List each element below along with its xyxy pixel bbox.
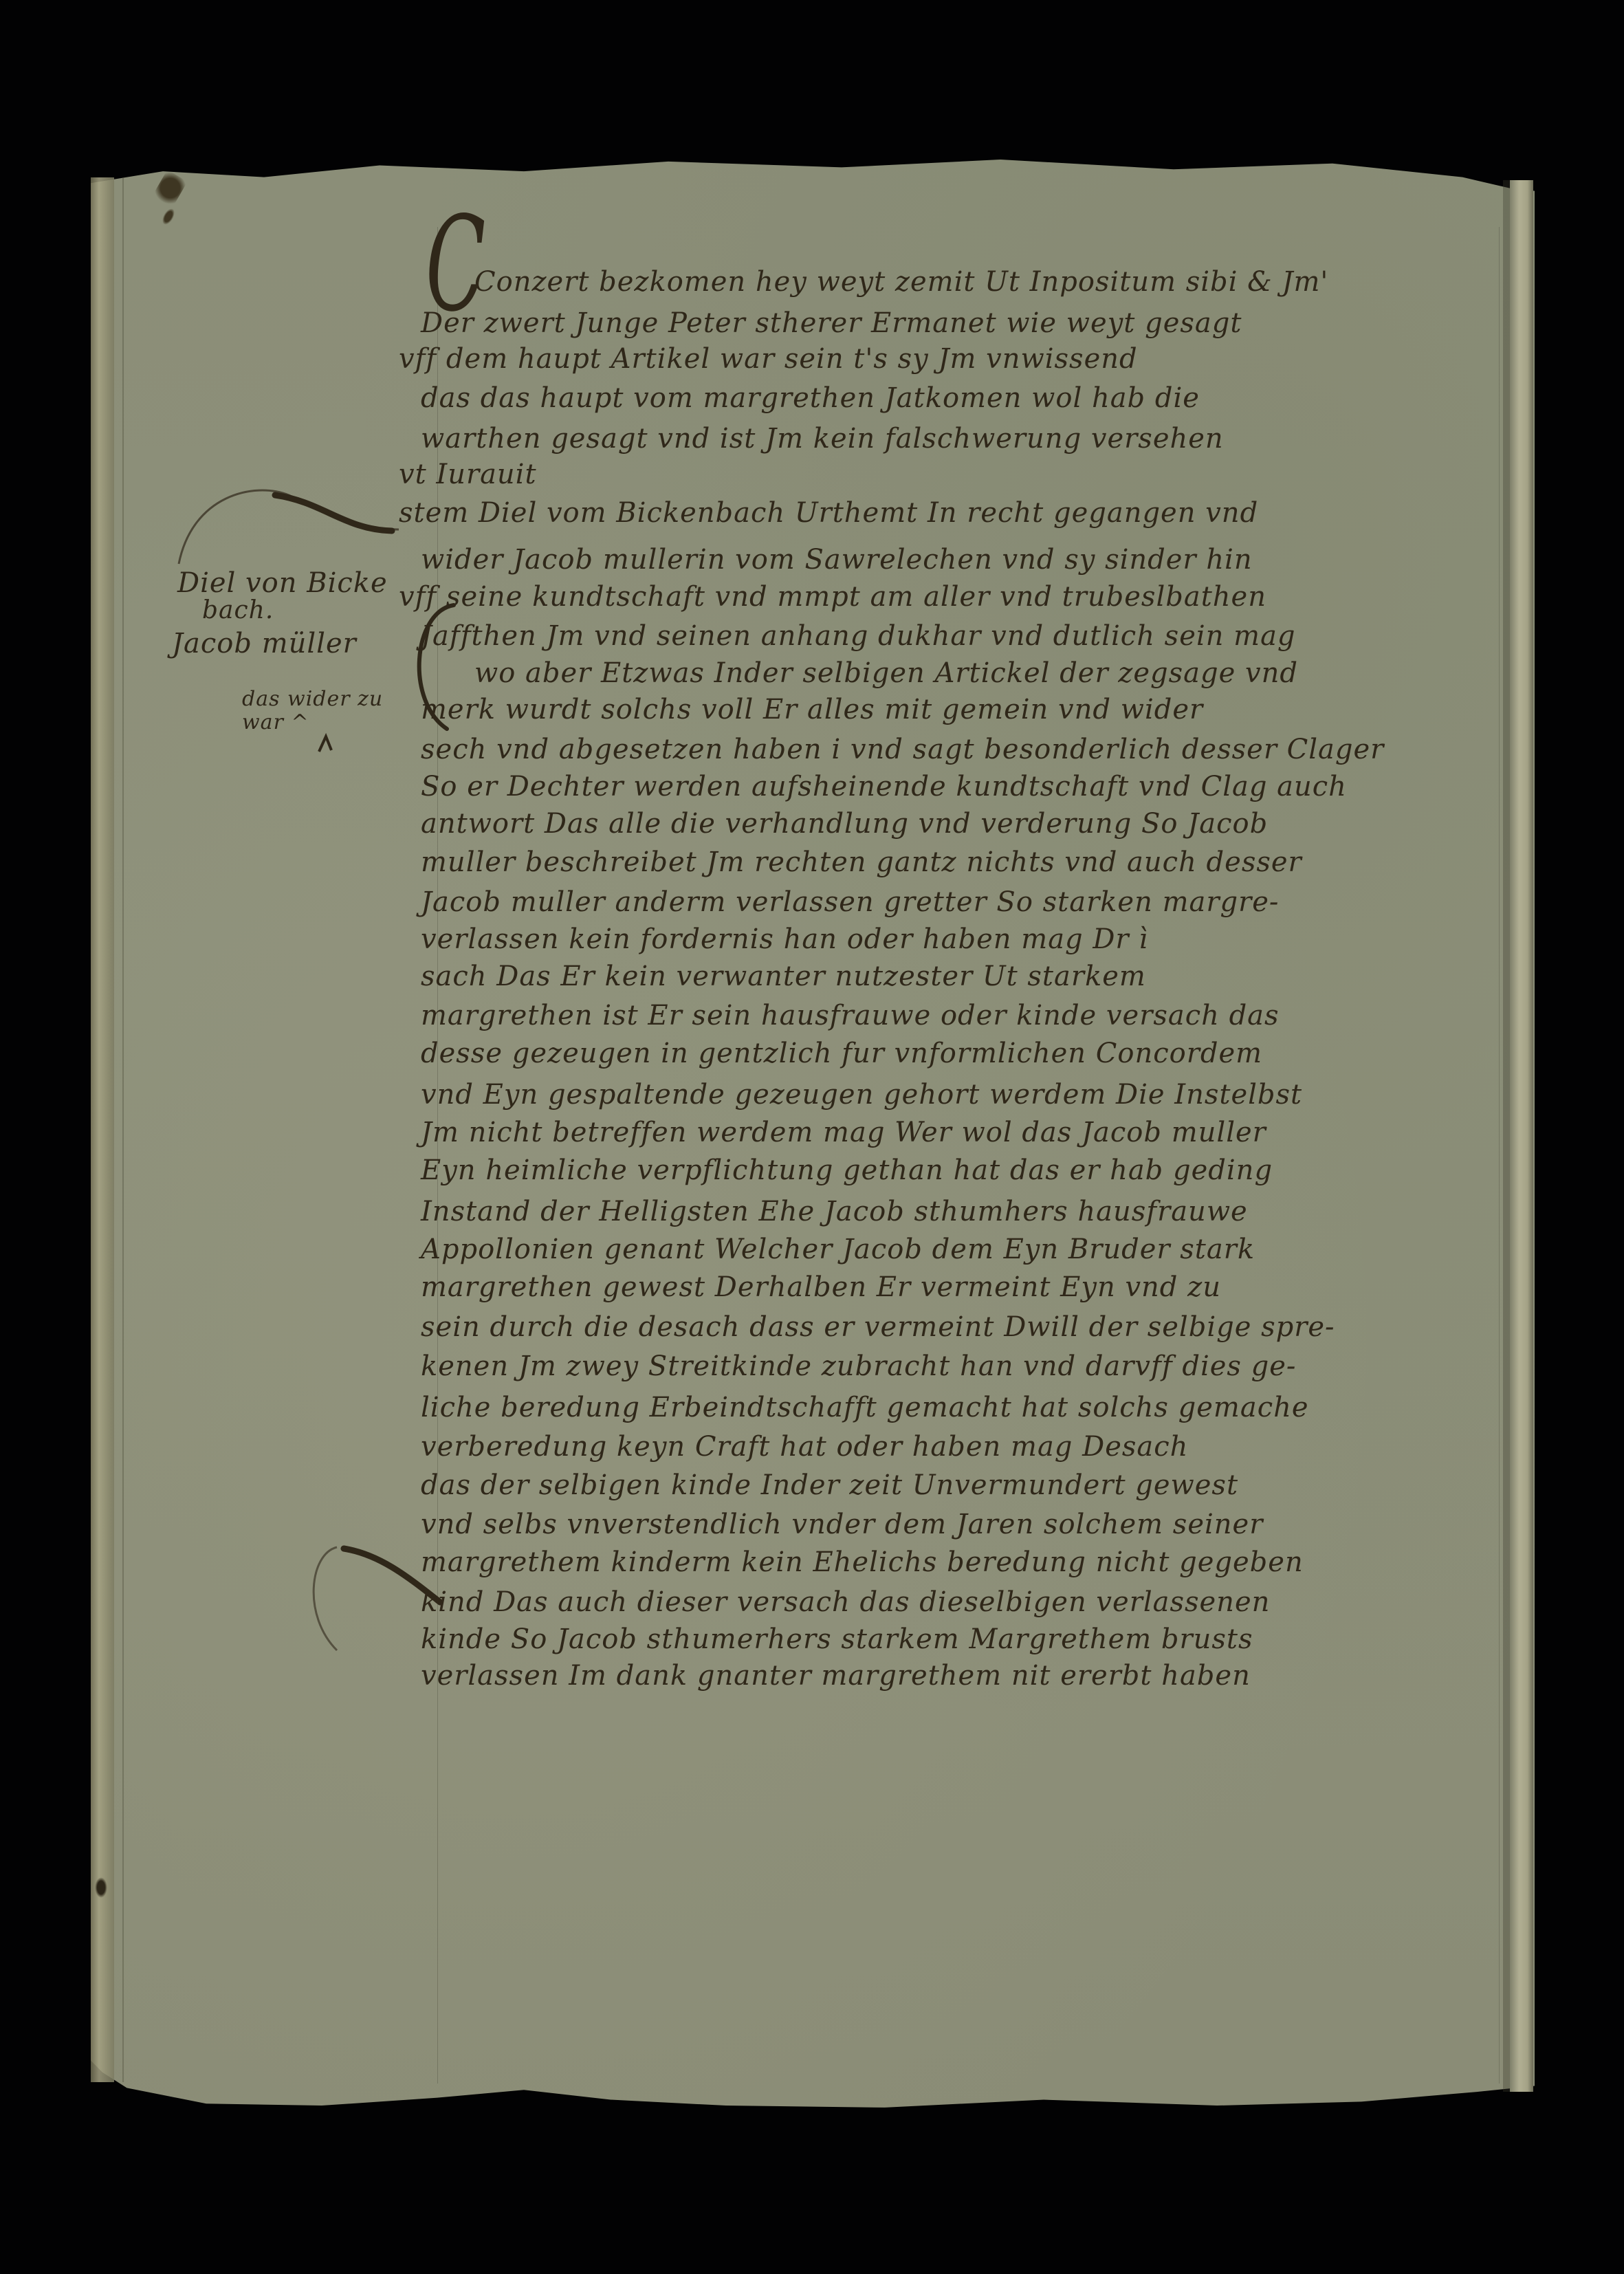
- body-line: das das haupt vom margrethen Jatkomen wo…: [421, 383, 1514, 413]
- margin-note-line: das wider zu: [242, 688, 383, 711]
- body-line: wo aber Etzwas Inder selbigen Artickel d…: [474, 658, 1568, 688]
- body-line: kenen Jm zwey Streitkinde zubracht han v…: [421, 1351, 1514, 1381]
- body-line: kind Das auch dieser versach das dieselb…: [421, 1587, 1514, 1617]
- body-line: sein durch die desach dass er vermeint D…: [421, 1312, 1514, 1342]
- body-line: liche beredung Erbeindtschafft gemacht h…: [421, 1392, 1514, 1423]
- edge-stain: [95, 1877, 107, 1898]
- body-line: Der zwert Junge Peter stherer Ermanet wi…: [421, 308, 1514, 338]
- body-line: Jaffthen Jm vnd seinen anhang dukhar vnd…: [421, 621, 1514, 651]
- margin-note-jacob-muller: Jacob müller: [172, 630, 357, 657]
- body-line: Jacob muller anderm verlassen gretter So…: [421, 887, 1514, 917]
- body-line: kinde So Jacob sthumerhers starkem Margr…: [421, 1624, 1514, 1654]
- body-line: verberedung keyn Craft hat oder haben ma…: [421, 1432, 1514, 1462]
- body-line: margrethen ist Er sein hausfrauwe oder k…: [421, 1001, 1514, 1031]
- body-line: Instand der Helligsten Ehe Jacob sthumhe…: [421, 1196, 1514, 1227]
- body-line: Conzert bezkomen hey weyt zemit Ut Inpos…: [474, 267, 1568, 297]
- body-line: So er Dechter werden aufsheinende kundts…: [421, 772, 1514, 802]
- body-line: margrethen gewest Derhalben Er vermeint …: [421, 1272, 1514, 1302]
- body-line: verlassen Im dank gnanter margrethem nit…: [421, 1661, 1514, 1691]
- body-line: das der selbigen kinde Inder zeit Unverm…: [421, 1470, 1514, 1500]
- margin-note-line: Diel von Bicke: [177, 569, 388, 597]
- body-line: sech vnd abgesetzen haben i vnd sagt bes…: [421, 734, 1514, 765]
- left-page-edge: [91, 177, 114, 2082]
- body-line: warthen gesagt vnd ist Jm kein falschwer…: [421, 424, 1514, 454]
- body-line: vt Iurauit: [399, 459, 1492, 490]
- caret-mark: [316, 732, 337, 753]
- body-line: stem Diel vom Bickenbach Urthemt In rech…: [399, 498, 1492, 528]
- margin-note-diel-von-bickenbach: Diel von Bicke bach.: [177, 569, 388, 624]
- body-line: wider Jacob mullerin vom Sawrelechen vnd…: [421, 545, 1514, 575]
- margin-note-line: Jacob müller: [172, 630, 357, 657]
- body-line: Eyn heimliche verpflichtung gethan hat d…: [421, 1155, 1514, 1185]
- margin-note-das-wider: das wider zu war ^: [242, 688, 383, 734]
- body-line: muller beschreibet Jm rechten gantz nich…: [421, 847, 1514, 877]
- body-line: vff dem haupt Artikel war sein t's sy Jm…: [399, 344, 1492, 374]
- body-line: margrethem kinderm kein Ehelichs beredun…: [421, 1547, 1514, 1577]
- body-line: verlassen kein fordernis han oder haben …: [421, 924, 1514, 954]
- body-line: merk wurdt solchs voll Er alles mit geme…: [421, 695, 1514, 725]
- body-line: desse gezeugen in gentzlich fur vnformli…: [421, 1038, 1514, 1069]
- margin-note-line: bach.: [177, 597, 388, 624]
- body-line: vff seine kundtschaft vnd mmpt am aller …: [399, 582, 1492, 612]
- body-line: Jm nicht betreffen werdem mag Wer wol da…: [421, 1117, 1514, 1148]
- margin-note-line: war ^: [242, 711, 383, 734]
- body-line: vnd Eyn gespaltende gezeugen gehort werd…: [421, 1080, 1514, 1110]
- body-line: sach Das Er kein verwanter nutzester Ut …: [421, 961, 1514, 992]
- body-line: vnd selbs vnverstendlich vnder dem Jaren…: [421, 1509, 1514, 1540]
- body-line: antwort Das alle die verhandlung vnd ver…: [421, 809, 1514, 839]
- body-line: Appollonien genant Welcher Jacob dem Eyn…: [421, 1234, 1514, 1265]
- left-edge-fold-line: [122, 177, 124, 2082]
